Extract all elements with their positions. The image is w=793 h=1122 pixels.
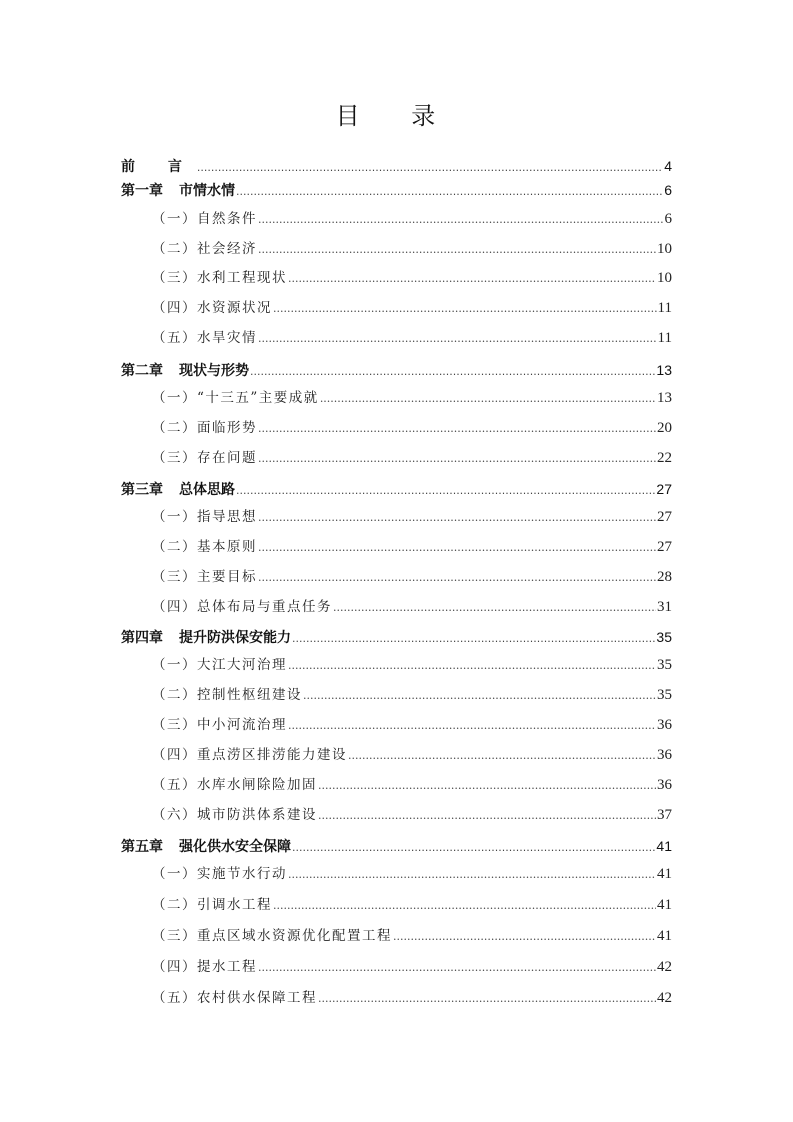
page-title: 目 录 [0,96,793,131]
toc-section[interactable]: （三）中小河流治理 36 [121,713,672,734]
toc-section[interactable]: （六）城市防洪体系建设 37 [121,803,672,824]
toc-section[interactable]: （一）自然条件 6 [121,207,672,228]
leader-dots [258,959,656,975]
toc-section[interactable]: （二）引调水工程 41 [121,893,672,914]
toc-entry-label: （四）提水工程 [152,955,257,975]
leader-dots [292,839,655,855]
leader-dots [258,330,657,346]
toc-entry-label: 强化供水安全保障 [179,836,291,856]
toc-entry-label: （一）“十三五”主要成就 [152,386,319,406]
toc-entry-label: 市情水情 [179,180,235,200]
toc-entry-label: （二）引调水工程 [152,893,272,913]
toc-section[interactable]: （二）基本原则 27 [121,535,672,556]
toc-section[interactable]: （三）主要目标 28 [121,565,672,586]
toc-chapter-2[interactable]: 第二章 现状与形势 13 [121,360,672,380]
leader-dots [393,928,656,944]
chapter-number: 第五章 [121,836,163,856]
toc-page-number: 10 [657,241,672,258]
toc-entry-label: （一）指导思想 [152,505,257,525]
toc-entry-label: （一）自然条件 [152,207,257,227]
toc-chapter-3[interactable]: 第三章 总体思路 27 [121,479,672,499]
toc-page-number: 35 [657,687,672,704]
toc-entry-label: （二）社会经济 [152,237,257,257]
leader-dots [292,630,655,646]
leader-dots [318,807,656,823]
leader-dots [273,300,657,316]
leader-dots [318,777,656,793]
leader-dots [258,420,656,436]
leader-dots [318,990,656,1006]
toc-chapter-5[interactable]: 第五章 强化供水安全保障 41 [121,836,672,856]
toc-page-number: 11 [658,300,672,317]
toc-page-number: 42 [657,959,672,976]
toc-section[interactable]: （四）总体布局与重点任务 31 [121,595,672,616]
toc-entry-label: （一）实施节水行动 [152,862,287,882]
toc-entry-label: 现状与形势 [179,360,249,380]
toc-page-number: 13 [657,390,672,407]
toc-entry-label: （三）存在问题 [152,446,257,466]
toc-section[interactable]: （五）水旱灾情 11 [121,326,672,347]
toc-page-number: 36 [657,777,672,794]
toc-page-number: 13 [656,362,672,378]
toc-entry-label: （五）农村供水保障工程 [152,986,317,1006]
leader-dots [250,363,655,379]
leader-dots [303,687,656,703]
toc-entry-label: （四）总体布局与重点任务 [152,595,332,615]
toc-entry-label: （四）水资源状况 [152,296,272,316]
leader-dots [236,183,663,199]
leader-dots [258,539,656,555]
toc-section[interactable]: （二）控制性枢纽建设 35 [121,683,672,704]
toc-chapter-4[interactable]: 第四章 提升防洪保安能力 35 [121,627,672,647]
toc-entry-label: （五）水库水闸除险加固 [152,773,317,793]
leader-dots [320,390,656,406]
toc-page-number: 36 [657,717,672,734]
toc-entry-label: （六）城市防洪体系建设 [152,803,317,823]
toc-page-number: 28 [657,569,672,586]
toc-entry-label: （三）重点区域水资源优化配置工程 [152,924,392,944]
toc-section[interactable]: （五）水库水闸除险加固 36 [121,773,672,794]
toc-page-number: 35 [656,629,672,645]
toc-page-number: 41 [656,838,672,854]
toc-section[interactable]: （一）指导思想 27 [121,505,672,526]
chapter-number: 第一章 [121,180,163,200]
toc-chapter-1[interactable]: 第一章 市情水情 6 [121,180,672,200]
toc-entry-label: 前 言 [121,156,196,176]
toc-entry-label: （二）控制性枢纽建设 [152,683,302,703]
toc-page-number: 31 [657,599,672,616]
leader-dots [348,747,656,763]
toc-page-number: 20 [657,420,672,437]
leader-dots [197,159,663,175]
toc-section[interactable]: （二）面临形势 20 [121,416,672,437]
toc-page-number: 4 [664,158,672,174]
toc-entry-label: （二）面临形势 [152,416,257,436]
chapter-number: 第四章 [121,627,163,647]
leader-dots [258,450,656,466]
toc-section[interactable]: （三）存在问题 22 [121,446,672,467]
toc-page-number: 35 [657,657,672,674]
toc-page-number: 37 [657,807,672,824]
toc-page-number: 41 [657,928,672,945]
toc-section[interactable]: （四）重点涝区排涝能力建设 36 [121,743,672,764]
leader-dots [258,569,656,585]
toc-entry-preface[interactable]: 前 言 4 [121,156,672,176]
leader-dots [288,657,656,673]
toc-page-number: 27 [657,539,672,556]
leader-dots [236,482,655,498]
toc-page-number: 22 [657,450,672,467]
toc-entry-label: （三）水利工程现状 [152,266,287,286]
leader-dots [288,866,656,882]
toc-page-number: 11 [658,330,672,347]
leader-dots [258,211,664,227]
toc-page-number: 27 [656,481,672,497]
toc-entry-label: （一）大江大河治理 [152,653,287,673]
toc-page-number: 27 [657,509,672,526]
leader-dots [333,599,656,615]
leader-dots [258,509,656,525]
toc-entry-label: （五）水旱灾情 [152,326,257,346]
toc-page-number: 41 [657,866,672,883]
toc-section[interactable]: （四）水资源状况 11 [121,296,672,317]
toc-page-number: 6 [665,211,673,228]
toc-section[interactable]: （一）“十三五”主要成就 13 [121,386,672,407]
leader-dots [273,897,656,913]
toc-entry-label: 提升防洪保安能力 [179,627,291,647]
leader-dots [288,717,656,733]
toc-section[interactable]: （一）实施节水行动 41 [121,862,672,883]
chapter-number: 第二章 [121,360,163,380]
chapter-number: 第三章 [121,479,163,499]
toc-section[interactable]: （四）提水工程 42 [121,955,672,976]
toc-section[interactable]: （五）农村供水保障工程 42 [121,986,672,1007]
toc-page-number: 10 [657,270,672,287]
leader-dots [258,241,656,257]
toc-page-number: 41 [657,897,672,914]
toc-section[interactable]: （三）重点区域水资源优化配置工程 41 [121,924,672,945]
toc-section[interactable]: （三）水利工程现状 10 [121,266,672,287]
toc-page-number: 6 [664,182,672,198]
toc-entry-label: （二）基本原则 [152,535,257,555]
leader-dots [288,270,656,286]
toc-entry-label: （三）中小河流治理 [152,713,287,733]
toc-section[interactable]: （二）社会经济 10 [121,237,672,258]
toc-page-number: 36 [657,747,672,764]
toc-section[interactable]: （一）大江大河治理 35 [121,653,672,674]
toc-entry-label: 总体思路 [179,479,235,499]
toc-entry-label: （三）主要目标 [152,565,257,585]
toc-page-number: 42 [657,990,672,1007]
toc-entry-label: （四）重点涝区排涝能力建设 [152,743,347,763]
